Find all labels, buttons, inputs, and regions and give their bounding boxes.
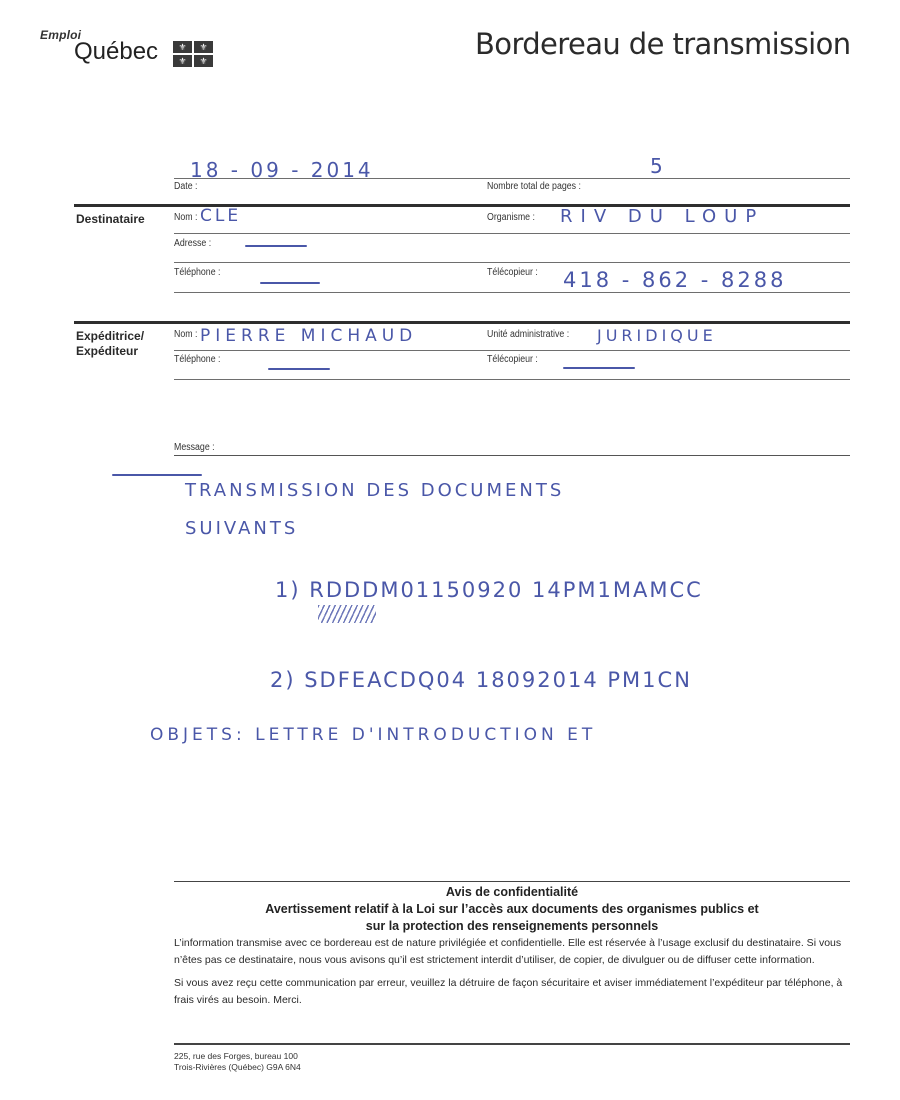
expediteur-nom-label: Nom :: [174, 329, 197, 340]
divider: [74, 321, 850, 324]
destinataire-telephone-label: Téléphone :: [174, 267, 220, 278]
logo-quebec: Québec: [74, 38, 158, 66]
destinataire-telecopieur-label: Télécopieur :: [487, 267, 538, 278]
message-line-objets[interactable]: OBJETS: LETTRE D'INTRODUCTION ET: [150, 725, 596, 745]
message-document-1[interactable]: 1) RDDDM01150920 14PM1MAMCC: [275, 578, 703, 602]
fleur-de-lis-icon: ⚜: [194, 55, 213, 67]
expediteur-telephone-dash[interactable]: [268, 368, 330, 370]
field-line: [174, 233, 850, 234]
message-line: [174, 455, 850, 456]
expediteur-label-line2: Expéditeur: [76, 344, 144, 359]
destinataire-nom-value[interactable]: CLE: [200, 206, 241, 226]
destinataire-telephone-dash[interactable]: [260, 282, 320, 284]
date-line: [174, 178, 850, 179]
notice-paragraph-2: Si vous avez reçu cette communication pa…: [174, 975, 850, 1009]
expediteur-section-label: Expéditrice/ Expéditeur: [76, 329, 144, 359]
address-line-1: 225, rue des Forges, bureau 100: [174, 1051, 301, 1062]
footer-address: 225, rue des Forges, bureau 100 Trois-Ri…: [174, 1051, 301, 1073]
expediteur-telecopieur-dash[interactable]: [563, 367, 635, 369]
fleur-de-lis-flag-icon: ⚜ ⚜ ⚜ ⚜: [173, 41, 213, 67]
organisme-label: Organisme :: [487, 212, 535, 223]
fleur-de-lis-icon: ⚜: [194, 41, 213, 53]
destinataire-telecopieur-value[interactable]: 418 - 862 - 8288: [563, 268, 786, 292]
total-pages-value[interactable]: 5: [650, 154, 666, 178]
notice-top-rule: [174, 881, 850, 882]
notice-title: Avis de confidentialité: [174, 884, 850, 901]
notice-subtitle-2: sur la protection des renseignements per…: [174, 918, 850, 935]
address-line-2: Trois-Rivières (Québec) G9A 6N4: [174, 1062, 301, 1073]
expediteur-telephone-label: Téléphone :: [174, 354, 220, 365]
message-document-2[interactable]: 2) SDFEACDQ04 18092014 PM1CN: [270, 668, 692, 692]
date-label: Date :: [174, 181, 197, 192]
expediteur-telecopieur-label: Télécopieur :: [487, 354, 538, 365]
message-line-2[interactable]: SUIVANTS: [185, 518, 298, 539]
destinataire-nom-label: Nom :: [174, 212, 197, 223]
field-line: [174, 379, 850, 380]
notice-bottom-rule: [174, 1043, 850, 1045]
fleur-de-lis-icon: ⚜: [173, 55, 192, 67]
expediteur-nom-value[interactable]: PIERRE MICHAUD: [200, 326, 417, 346]
message-line-1[interactable]: TRANSMISSION DES DOCUMENTS: [185, 480, 564, 501]
notice-subtitle-1: Avertissement relatif à la Loi sur l’acc…: [174, 901, 850, 918]
notice-paragraph-1: L’information transmise avec ce borderea…: [174, 935, 850, 969]
field-line: [174, 292, 850, 293]
total-pages-label: Nombre total de pages :: [487, 181, 581, 192]
organisme-value[interactable]: RIV DU LOUP: [560, 206, 764, 227]
field-line: [174, 262, 850, 263]
message-label: Message :: [174, 442, 215, 453]
scribbled-out-text: [318, 605, 376, 623]
destinataire-section-label: Destinataire: [76, 212, 145, 227]
fleur-de-lis-icon: ⚜: [173, 41, 192, 53]
page-title: Bordereau de transmission: [475, 27, 851, 61]
adresse-dash[interactable]: [245, 245, 307, 247]
adresse-label: Adresse :: [174, 238, 211, 249]
field-line: [174, 350, 850, 351]
expediteur-label-line1: Expéditrice/: [76, 329, 144, 344]
unite-administrative-label: Unité administrative :: [487, 329, 569, 340]
confidentiality-notice: Avis de confidentialité Avertissement re…: [174, 884, 850, 1009]
message-stroke: [112, 474, 202, 476]
unite-administrative-value[interactable]: JURIDIQUE: [597, 326, 717, 345]
